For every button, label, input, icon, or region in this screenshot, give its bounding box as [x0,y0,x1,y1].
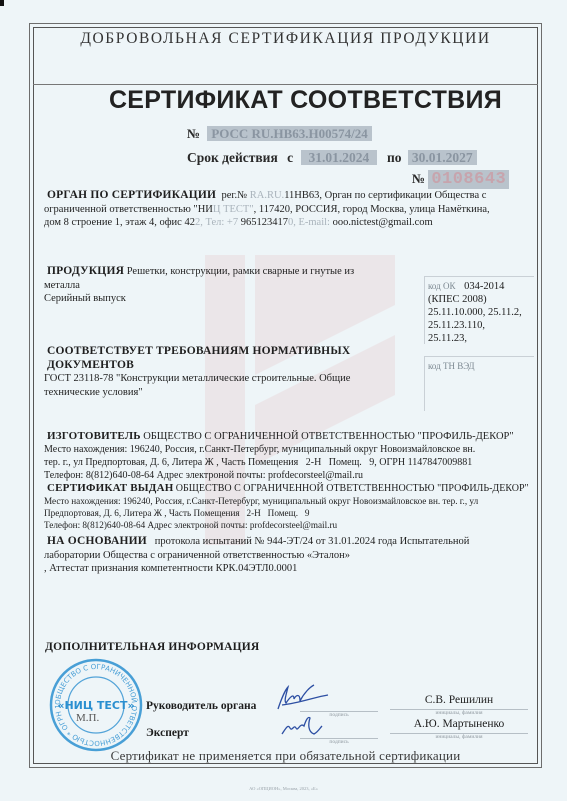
validity-to-date: 30.01.2027 [408,150,477,165]
ok-code-line-0: 034-2014 [464,281,504,292]
validity-to-label: по [387,150,402,165]
basis-line1: протокола испытаний № 944-ЭТ/24 от 31.01… [155,536,470,547]
nic-test-stamp-icon: ОБЩЕСТВО С ОГРАНИЧЕННОЙ ОТВЕТСТВЕННОСТЬЮ… [48,657,144,753]
blank-number-row: № 0108643 [412,170,509,189]
head-name-caption: инициалы, фамилия [390,710,528,716]
cert-body-email: ooo.nictest@gmail.com [330,217,433,228]
issued-to-name: ОБЩЕСТВО С ОГРАНИЧЕННОЙ ОТВЕТСТВЕННОСТЬЮ… [176,483,529,494]
number-label: № [187,126,200,141]
blank-number: 0108643 [428,170,509,189]
certificate-number-row: № РОСС RU.НВ63.Н00574/24 [187,126,372,142]
validity-from-label: с [287,150,293,165]
header-divider [33,84,538,85]
validity-label: Срок действия [187,150,278,165]
tn-ved-label: код ТН ВЭД [428,361,475,371]
requirements-heading: СООТВЕТСТВУЕТ ТРЕБОВАНИЯМ НОРМАТИВНЫХ ДО… [44,345,424,372]
issued-to-contacts: Телефон: 8(812)640-08-64 Адрес электроно… [44,519,538,531]
mp-label: М.П. [76,712,99,724]
ok-code-label: код ОК [428,281,456,291]
cert-body-line2a: ограниченной ответственностью "НИ [44,204,213,215]
product-name-line2: металла [44,279,384,293]
cert-body-line1: 11НВ63, Орган по сертификации Общества с [284,190,486,201]
requirements-line1: ГОСТ 23118-78 "Конструкции металлические… [44,372,424,386]
ok-code-box: код ОК 034-2014 (КПЕС 2008) 25.11.10.000… [424,276,534,344]
product-release: Серийный выпуск [44,292,384,306]
product-section: ПРОДУКЦИЯ Решетки, конструкции, рамки св… [44,265,384,306]
cert-body-line3d: 0, E-mail: [288,217,330,228]
cert-body-line3a: дом 8 строение 1, этаж 4, офис 42 [44,217,195,228]
validity-row: Срок действия с 31.01.2024 [187,150,377,166]
document-top-title: ДОБРОВОЛЬНАЯ СЕРТИФИКАЦИЯ ПРОДУКЦИИ [33,30,538,48]
certificate-number: РОСС RU.НВ63.Н00574/24 [207,126,371,141]
manufacturer-name: ОБЩЕСТВО С ОГРАНИЧЕННОЙ ОТВЕТСТВЕННОСТЬЮ… [143,431,513,442]
reg-faded: RA.RU. [250,190,284,201]
ok-code-line-3: 25.11.23.110, [428,319,534,332]
ok-code-line-1: (КПЕС 2008) [428,293,534,306]
printer-imprint: АО «ОПЦИОН», Москва, 2023, «Б» [0,786,567,791]
manufacturer-heading: ИЗГОТОВИТЕЛЬ [47,430,141,442]
expert-signature-icon [278,714,326,740]
issued-to-section: СЕРТИФИКАТ ВЫДАН ОБЩЕСТВО С ОГРАНИЧЕННОЙ… [44,482,538,531]
cert-body-line2b: Ц ТЕСТ" [213,204,254,215]
blank-number-label: № [412,171,425,186]
cert-body-line3b: 2, Тел: +7 [195,217,241,228]
basis-heading: НА ОСНОВАНИИ [47,535,147,547]
product-name-line1: Решетки, конструкции, рамки сварные и гн… [127,266,354,277]
manufacturer-section: ИЗГОТОВИТЕЛЬ ОБЩЕСТВО С ОГРАНИЧЕННОЙ ОТВ… [44,430,538,482]
basis-line3: , Аттестат признания компетентности КРК.… [44,562,538,576]
ok-code-line-4: 25.11.23, [428,332,534,345]
certification-body-heading: ОРГАН ПО СЕРТИФИКАЦИИ [47,189,216,201]
cert-body-phone: 965123417 [241,217,288,228]
manufacturer-address-line2: тер. г., ул Предпортовая, Д. 6, Литера Ж… [44,456,538,469]
issued-to-address-line2: Предпортовая, Д. 6, Литера Ж , Часть Пом… [44,507,538,519]
requirements-line2: технические условия" [44,386,424,400]
issued-to-address-line1: Место нахождения: 196240, Россия, г.Санк… [44,495,538,507]
head-signature-icon [270,683,330,713]
certification-body-section: ОРГАН ПО СЕРТИФИКАЦИИ рег.№ RA.RU.11НВ63… [44,189,534,230]
issued-to-heading: СЕРТИФИКАТ ВЫДАН [47,482,173,494]
basis-line2: лаборатории Общества с ограниченной отве… [44,549,538,563]
expert-signature-caption: подпись [300,739,378,745]
expert-name: А.Ю. Мартыненко [384,718,534,730]
cert-body-line2c: , 117420, РОССИЯ, город Москва, улица На… [254,204,490,215]
requirements-section: СООТВЕТСТВУЕТ ТРЕБОВАНИЯМ НОРМАТИВНЫХ ДО… [44,345,424,399]
basis-section: НА ОСНОВАНИИ протокола испытаний № 944-Э… [44,535,538,576]
manufacturer-address-line1: Место нахождения: 196240, Россия, г.Санк… [44,443,538,456]
document-main-title: СЕРТИФИКАТ СООТВЕТСТВИЯ [33,86,538,115]
ok-code-line-2: 25.11.10.000, 25.11.2, [428,306,534,319]
validity-from-date: 31.01.2024 [301,150,378,165]
additional-info-heading: ДОПОЛНИТЕЛЬНАЯ ИНФОРМАЦИЯ [45,641,259,653]
scan-corner-mark [0,0,4,6]
manufacturer-contacts: Телефон: 8(812)640-08-64 Адрес электроно… [44,469,538,482]
voluntary-certification-note: Сертификат не применяется при обязательн… [33,748,538,764]
expert-name-caption: инициалы, фамилия [390,734,528,740]
head-name: С.В. Решилин [384,694,534,706]
svg-text:«НИЦ ТЕСТ»: «НИЦ ТЕСТ» [57,699,134,712]
expert-label: Эксперт [146,727,189,739]
head-of-body-label: Руководитель органа [146,700,256,712]
tn-ved-code-box: код ТН ВЭД [424,356,534,411]
reg-prefix: рег.№ [221,190,247,201]
validity-to-row: по 30.01.2027 [387,150,477,166]
product-heading: ПРОДУКЦИЯ [47,265,124,277]
